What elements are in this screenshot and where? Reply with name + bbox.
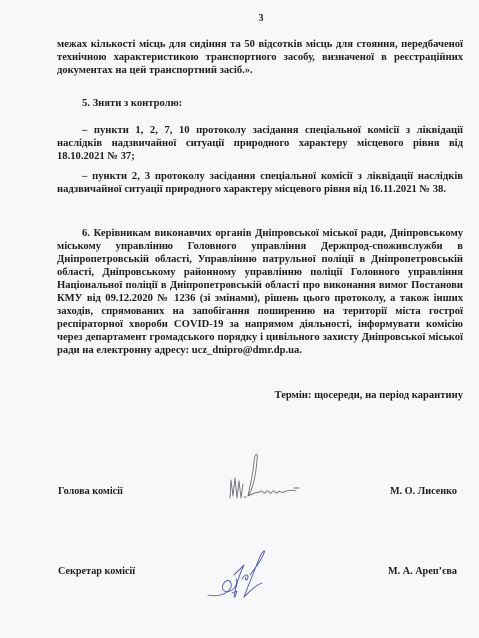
paragraph-continuation: межах кількості місць для сидіння та 50 … [57, 38, 463, 77]
paragraph-item-5-sub-1: – пункти 1, 2, 7, 10 протоколу засідання… [57, 124, 463, 163]
signature-block-secretary: Секретар комісії М. А. Ареп’єва [0, 545, 479, 605]
paragraph-text: 6. Керівникам виконавчих органів Дніпров… [57, 227, 463, 357]
signature-image [204, 545, 294, 605]
paragraph-text: – пункти 1, 2, 7, 10 протоколу засідання… [57, 124, 463, 163]
paragraph-item-5: 5. Зняти з контролю: [57, 97, 463, 110]
paragraph-item-6: 6. Керівникам виконавчих органів Дніпров… [57, 227, 463, 357]
signatory-role: Секретар комісії [58, 566, 135, 577]
signature-image [222, 450, 312, 510]
paragraph-text: межах кількості місць для сидіння та 50 … [57, 38, 463, 77]
page-number: 3 [0, 13, 479, 24]
signatory-name: М. А. Ареп’єва [388, 566, 457, 577]
paragraph-text: 5. Зняти з контролю: [57, 97, 463, 110]
signatory-name: М. О. Лисенко [390, 486, 457, 497]
signature-block-chair: Голова комісії М. О. Лисенко [0, 450, 479, 510]
deadline-term: Термін: щосереди, на період карантину [275, 390, 463, 401]
document-page: 3 межах кількості місць для сидіння та 5… [0, 0, 479, 638]
paragraph-text: – пункти 2, 3 протоколу засідання спеціа… [57, 170, 463, 196]
paragraph-item-5-sub-2: – пункти 2, 3 протоколу засідання спеціа… [57, 170, 463, 196]
signatory-role: Голова комісії [58, 486, 123, 497]
